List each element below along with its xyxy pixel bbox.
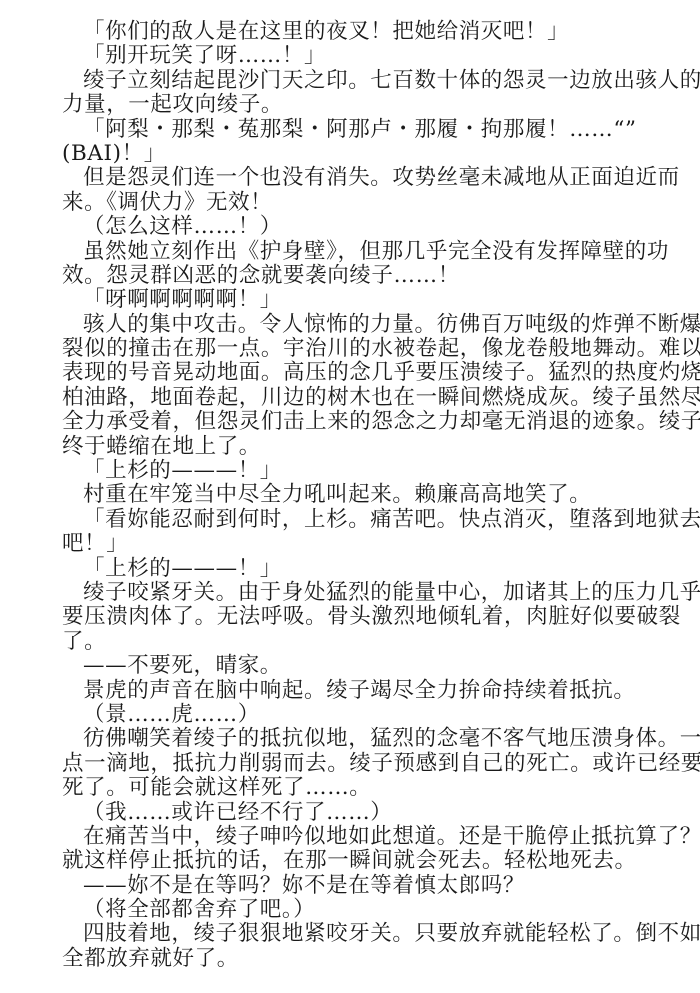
text-line: 虽然她立刻作出《护身壁》，但那几乎完全没有发挥障壁的功 <box>62 240 642 264</box>
text-line: 吧！」 <box>62 532 642 556</box>
text-line: 绫子立刻结起毘沙门天之印。七百数十体的怨灵一边放出骇人的 <box>62 69 642 93</box>
text-line: 「你们的敌人是在这里的夜叉！把她给消灭吧！」 <box>62 20 642 44</box>
text-line: 绫子咬紧牙关。由于身处猛烈的能量中心，加诸其上的压力几乎 <box>62 581 642 605</box>
text-line: （我……或许已经不行了……） <box>62 801 642 825</box>
text-line: 彷佛嘲笑着绫子的抵抗似地，猛烈的念毫不客气地压溃身体。一 <box>62 727 642 751</box>
text-line: （景……虎……） <box>62 703 642 727</box>
text-line: ——不要死，晴家。 <box>62 654 642 678</box>
text-line: 效。怨灵群凶恶的念就要袭向绫子……！ <box>62 264 642 288</box>
text-line: 村重在牢笼当中尽全力吼叫起来。赖廉高高地笑了。 <box>62 483 642 507</box>
text-line: 表现的号音晃动地面。高压的念几乎要压溃绫子。猛烈的热度灼烧 <box>62 361 642 385</box>
text-line: 裂似的撞击在那一点。宇治川的水被卷起，像龙卷般地舞动。难以 <box>62 337 642 361</box>
text-line: 全力承受着，但怨灵们击上来的怨念之力却毫无消退的迹象。绫子 <box>62 410 642 434</box>
text-line: 要压溃肉体了。无法呼吸。骨头激烈地倾轧着，肉脏好似要破裂 <box>62 605 642 629</box>
text-line: （怎么这样……！） <box>62 215 642 239</box>
text-line: 骇人的集中攻击。令人惊怖的力量。彷佛百万吨级的炸弹不断爆 <box>62 313 642 337</box>
text-line: 「呀啊啊啊啊啊！」 <box>62 288 642 312</box>
text-line: 全都放弃就好了。 <box>62 947 642 971</box>
text-line: 点一滴地，抵抗力削弱而去。绫子预感到自己的死亡。或许已经要 <box>62 752 642 776</box>
text-line: ——妳不是在等吗？妳不是在等着慎太郎吗？ <box>62 874 642 898</box>
text-line: 「别开玩笑了呀……！」 <box>62 44 642 68</box>
text-line: 在痛苦当中，绫子呻吟似地如此想道。还是干脆停止抵抗算了？ <box>62 825 642 849</box>
text-line: （将全部都舍弃了吧。） <box>62 898 642 922</box>
text-line: 柏油路，地面卷起，川边的树木也在一瞬间燃烧成灰。绫子虽然尽 <box>62 386 642 410</box>
text-line: 力量，一起攻向绫子。 <box>62 93 642 117</box>
text-line: 来。《调伏力》无效！ <box>62 191 642 215</box>
text-line: 「上杉的———！」 <box>62 557 642 581</box>
text-line: (BAI)！」 <box>62 142 642 166</box>
text-line: 「阿梨・那梨・菟那梨・阿那卢・那履・拘那履！……“” <box>62 118 642 142</box>
text-line: 就这样停止抵抗的话，在那一瞬间就会死去。轻松地死去。 <box>62 849 642 873</box>
text-line: 「看妳能忍耐到何时，上杉。痛苦吧。快点消灭，堕落到地狱去 <box>62 508 642 532</box>
text-line: 死了。可能会就这样死了……。 <box>62 776 642 800</box>
text-line: 了。 <box>62 630 642 654</box>
document-page: 「你们的敌人是在这里的夜叉！把她给消灭吧！」「别开玩笑了呀……！」绫子立刻结起毘… <box>62 20 642 971</box>
text-line: 但是怨灵们连一个也没有消失。攻势丝毫未减地从正面迫近而 <box>62 166 642 190</box>
text-line: 四肢着地，绫子狠狠地紧咬牙关。只要放弃就能轻松了。倒不如 <box>62 922 642 946</box>
text-line: 终于蜷缩在地上了。 <box>62 435 642 459</box>
text-line: 景虎的声音在脑中响起。绫子竭尽全力拚命持续着抵抗。 <box>62 679 642 703</box>
text-line: 「上杉的———！」 <box>62 459 642 483</box>
